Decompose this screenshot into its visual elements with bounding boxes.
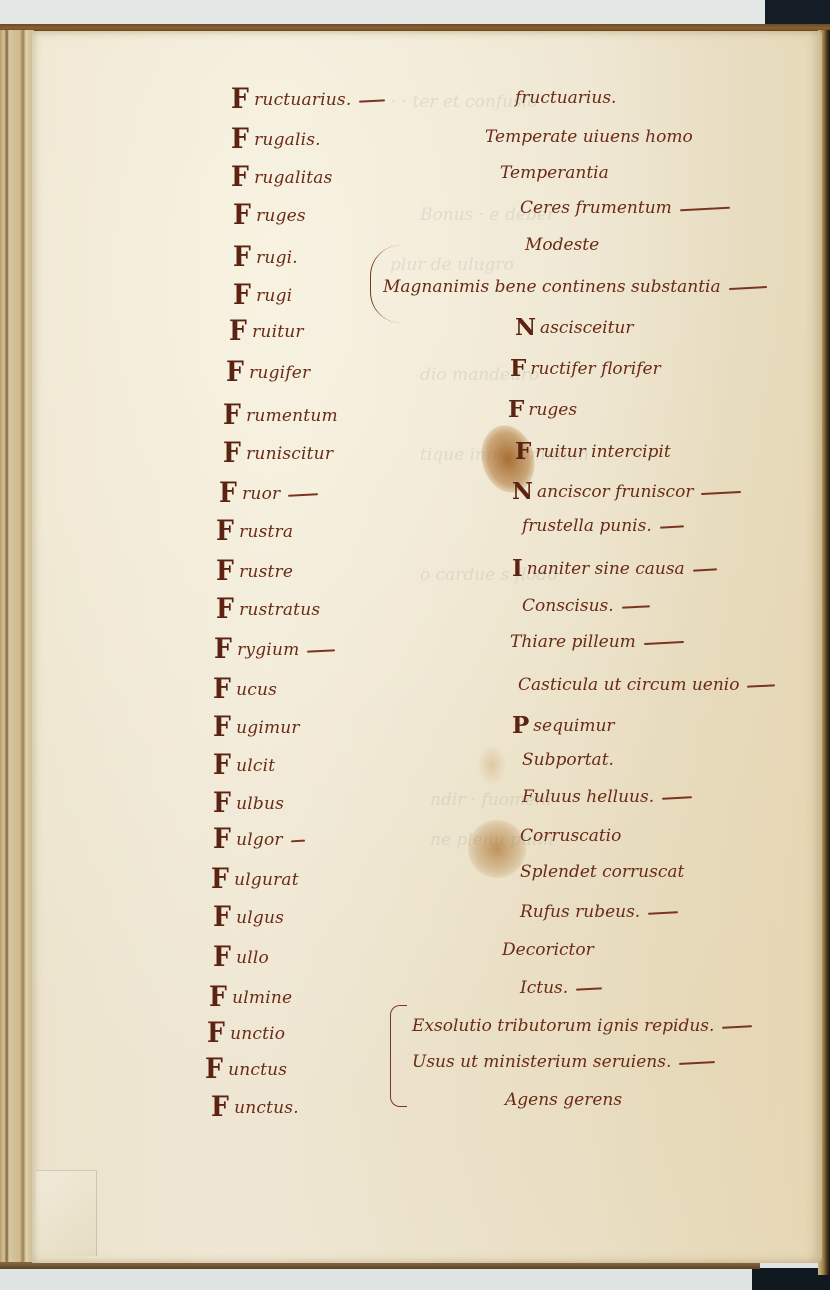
lemma: Fugimur xyxy=(212,710,300,743)
water-stain xyxy=(468,820,526,878)
lemma: Functio xyxy=(206,1016,285,1049)
gloss: Subportat. xyxy=(522,750,614,770)
lemma: Frugalis. xyxy=(230,122,321,155)
lemma: Functus xyxy=(204,1052,287,1085)
gloss: fructuarius. xyxy=(515,88,616,108)
book-spine-gutter xyxy=(0,30,34,1264)
gloss: Conscisus. xyxy=(522,596,650,616)
lemma: Fruor xyxy=(218,476,318,509)
lemma: Fruniscitur xyxy=(222,436,333,469)
gloss: Exsolutio tributorum ignis repidus. xyxy=(412,1016,752,1036)
lemma: Fulgus xyxy=(212,900,284,933)
lemma: Fruges xyxy=(232,198,306,231)
show-through-text: plur de ulugro xyxy=(390,255,514,275)
show-through-text: · · · ter et confusio xyxy=(380,92,537,112)
gloss: Thiare pilleum xyxy=(510,632,684,652)
gloss: Fruges xyxy=(508,396,577,423)
gloss: Casticula ut circum uenio xyxy=(518,675,775,695)
gloss: Fructifer florifer xyxy=(510,355,661,382)
lemma: Frustratus xyxy=(215,592,320,625)
lemma: Frygium xyxy=(213,632,335,665)
gloss: Agens gerens xyxy=(505,1090,622,1110)
gloss: Fruitur intercipit xyxy=(515,438,671,465)
gloss: Rufus rubeus. xyxy=(520,902,678,922)
background-bottom xyxy=(0,1268,830,1290)
gloss: Ictus. xyxy=(520,978,602,998)
lemma: Frugifer xyxy=(225,355,310,388)
lemma: Frustra xyxy=(215,514,293,547)
water-stain xyxy=(478,745,506,785)
lemma: Fructuarius. xyxy=(230,82,385,115)
lemma: Fruitur xyxy=(228,314,304,347)
gloss: Inaniter sine causa xyxy=(512,555,717,582)
lemma: Fucus xyxy=(212,672,277,705)
binding-edge-bottom xyxy=(0,1262,760,1269)
gloss: frustella punis. xyxy=(522,516,684,536)
gloss: Usus ut ministerium seruiens. xyxy=(412,1052,715,1072)
lemma: Fulmine xyxy=(208,980,292,1013)
lemma: Fulgor xyxy=(212,822,305,855)
lemma: Functus. xyxy=(210,1090,299,1123)
lemma: Fullo xyxy=(212,940,269,973)
gloss: Nascisceitur xyxy=(515,314,634,341)
lemma: Fulgurat xyxy=(210,862,299,895)
gloss: Decorictor xyxy=(502,940,594,960)
gloss: Splendet corruscat xyxy=(520,862,684,882)
lemma: Fulcit xyxy=(212,748,275,781)
lemma: Frugalitas xyxy=(230,160,333,193)
gloss: Magnanimis bene continens substantia xyxy=(383,277,767,297)
gloss: Ceres frumentum xyxy=(520,198,730,218)
gloss: Psequimur xyxy=(512,712,615,739)
lemma: Frumentum xyxy=(222,398,338,431)
lemma: Frugi xyxy=(232,278,292,311)
gloss: Temperate uiuens homo xyxy=(485,127,693,147)
bracket-mark xyxy=(390,1005,407,1107)
gloss: Nanciscor fruniscor xyxy=(512,478,741,505)
gloss: Temperantia xyxy=(500,163,609,183)
lemma: Frugi. xyxy=(232,240,298,273)
lemma: Frustre xyxy=(215,554,293,587)
gloss: Modeste xyxy=(525,235,599,255)
page-corner-repair xyxy=(36,1170,97,1256)
lemma: Fulbus xyxy=(212,786,284,819)
gloss: Fuluus helluus. xyxy=(522,787,692,807)
gloss: Corruscatio xyxy=(520,826,621,846)
background-dark-corner xyxy=(765,0,830,24)
